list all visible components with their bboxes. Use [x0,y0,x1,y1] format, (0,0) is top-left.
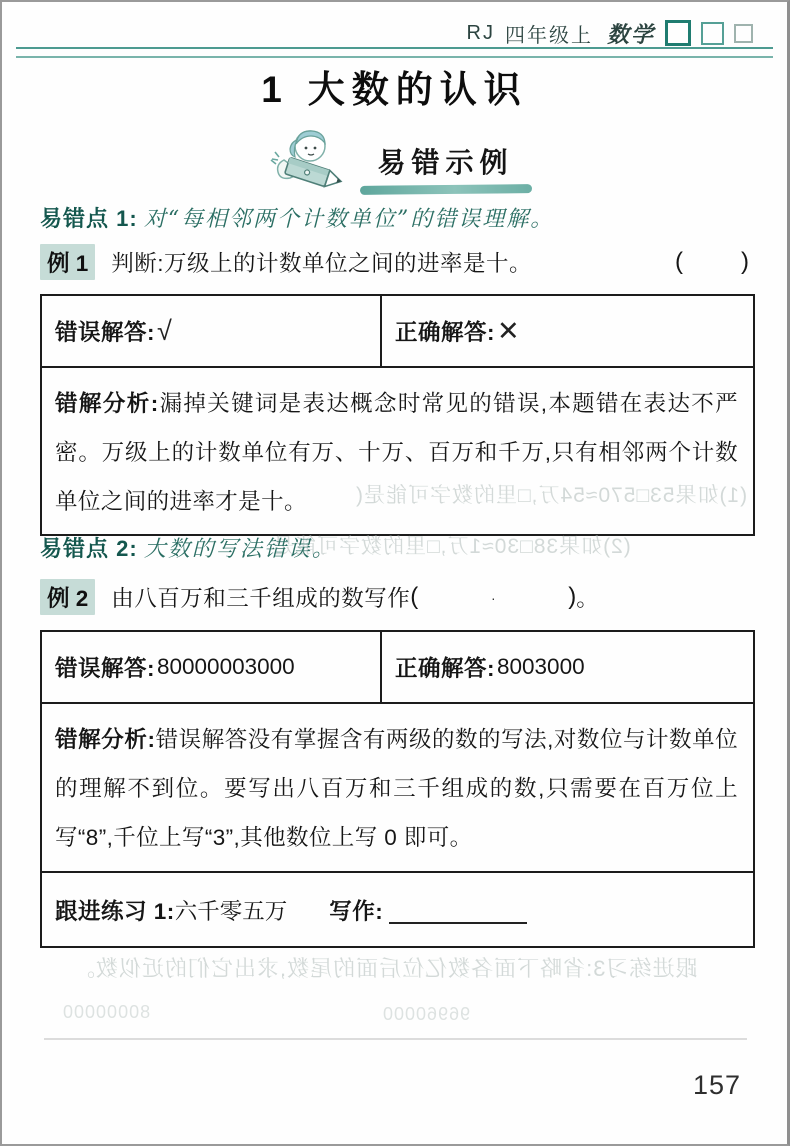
analysis-1-label: 错解分析: [55,391,159,416]
page-number: 157 [693,1070,741,1101]
error-point-2: 易错点 2: 大数的写法错误。 [40,532,336,563]
example-1-answer-blank: () [675,248,749,276]
error-point-2-label: 易错点 2: [40,536,138,561]
header-grade: 四年级上 [505,19,593,48]
bleedthrough-digits: 80000000 [62,1002,150,1023]
error-point-1-desc: 对“每相邻两个计数单位”的错误理解。 [144,207,555,232]
error-point-1: 易错点 1: 对“每相邻两个计数单位”的错误理解。 [40,202,554,233]
section-badge-row: 易错示例 [8,126,790,196]
correct-answer-cell-1: 正确解答: ✕ [382,296,753,366]
workbook-page: RJ 四年级上 数学 1大数的认识 [0,0,790,1146]
wrong-answer-cell-1: 错误解答: √ [42,296,382,366]
bleedthrough-text: (1)如果53□570≈54万,□里的数字可能是( [355,471,747,520]
example-1-answer-table: 错误解答: √ 正确解答: ✕ 错解分析:漏掉关键词是表达概念时常见的错误,本题… [40,294,755,536]
example-2-question: 由八百万和三千组成的数写作 [111,581,410,613]
correct-answer-cell-2: 正确解答: 8003000 [382,632,753,702]
error-point-1-label: 易错点 1: [40,206,138,231]
practice-answer-blank [389,896,527,924]
analysis-cell-2: 错解分析:错误解答没有掌握含有两级的数的写法,对数位与计数单位的理解不到位。要写… [42,702,753,871]
header-edition: RJ [467,22,495,45]
wrong-answer-label: 错误解答: [55,315,155,347]
example-1-question: 判断:万级上的计数单位之间的进率是十。 [111,246,532,278]
error-point-2-desc: 大数的写法错误。 [144,537,336,562]
page-header: RJ 四年级上 数学 [2,18,753,48]
correct-answer-label: 正确解答: [395,651,495,683]
checkbox-square-medium-icon [701,22,724,45]
wrong-answer-cell-2: 错误解答: 80000003000 [42,632,382,702]
chapter-title-text: 大数的认识 [308,69,528,110]
header-subject: 数学 [607,18,655,49]
wrong-answer-label: 错误解答: [55,651,155,683]
bleedthrough-text: 跟进练习3:省略下面各数亿位后面的尾数,求出它们的近似数。 [72,952,697,983]
practice-write-label: 写作: [329,894,383,926]
footer-rule [44,1038,747,1040]
badge-brush-underline [359,184,531,195]
example-2-tag: 例 2 [40,579,95,615]
checkbox-square-small-icon [734,24,753,43]
wrong-answer-value: 80000003000 [157,654,295,680]
example-2-period: 。 [576,581,599,613]
example-1-tag: 例 1 [40,244,95,280]
example-2-answer-table: 错误解答: 80000003000 正确解答: 8003000 错解分析:错误解… [40,630,755,948]
practice-label: 跟进练习 1: [55,894,175,926]
chapter-number: 1 [261,69,282,110]
example-1-row: 例 1 判断:万级上的计数单位之间的进率是十。 () [40,244,749,280]
chapter-title: 1大数的认识 [2,59,787,113]
practice-cell: 跟进练习 1: 六千零五万 写作: [42,871,753,946]
correct-answer-label: 正确解答: [395,315,495,347]
child-with-pencil-icon [270,126,354,196]
section-badge-title: 易错示例 [377,141,513,181]
correct-answer-value: ✕ [497,316,520,347]
checkbox-square-large-icon [665,20,691,46]
example-2-row: 例 2 由八百万和三千组成的数写作 (·) 。 [40,579,749,615]
analysis-2-text: 错误解答没有掌握含有两级的数的写法,对数位与计数单位的理解不到位。要写出八百万和… [55,727,738,850]
practice-question: 六千零五万 [175,894,288,926]
correct-answer-value: 8003000 [497,654,585,680]
bleedthrough-digits: 96960000 [382,1004,470,1025]
wrong-answer-value: √ [157,316,172,347]
header-double-rule [16,47,773,58]
analysis-2-label: 错解分析: [55,727,156,752]
analysis-cell-1: 错解分析:漏掉关键词是表达概念时常见的错误,本题错在表达不严密。万级上的计数单位… [42,366,753,534]
example-2-answer-blank: (·) [410,583,576,611]
